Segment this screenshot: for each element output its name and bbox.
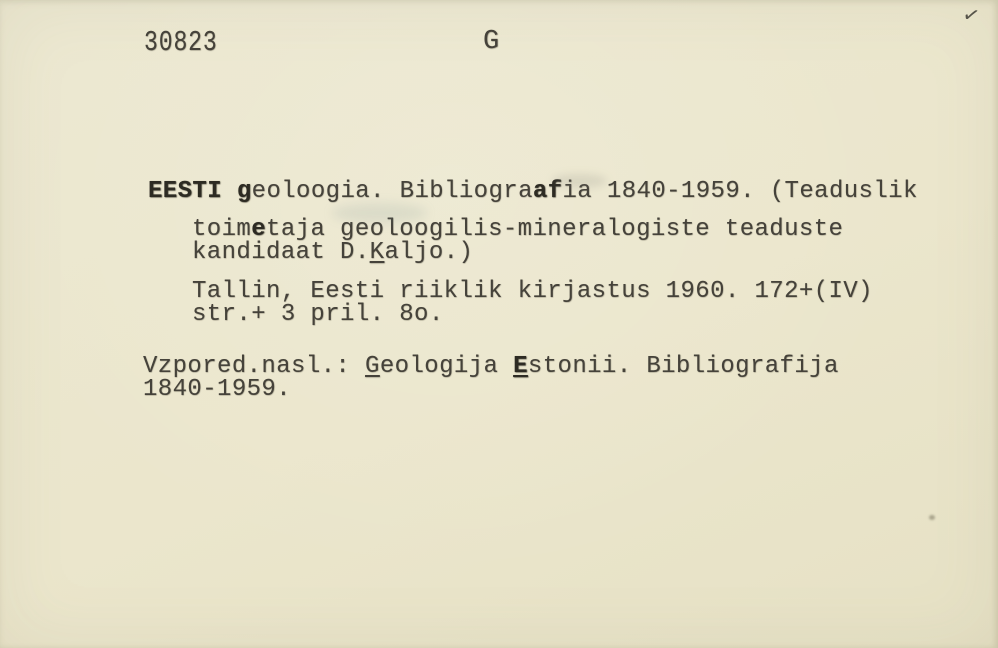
title-line-3: kandidaat D.Kaljo.) <box>143 241 973 264</box>
parallel-title-line-1: Vzpored.nasl.: Geologija Estonii. Biblio… <box>143 355 973 378</box>
text-segment: G <box>365 353 380 380</box>
catalog-number: 30823 <box>144 26 218 59</box>
text-segment: 1840-1959. <box>143 376 291 403</box>
text-segment: str.+ 3 pril. 8o. <box>192 301 444 328</box>
parallel-title-line-2: 1840-1959. <box>143 378 973 401</box>
section-letter: G <box>483 27 499 57</box>
imprint-line-1: Tallin, Eesti riiklik kirjastus 1960. 17… <box>143 280 973 303</box>
text-segment: eoloogia. Bibliogra <box>252 178 533 205</box>
text-segment: K <box>370 239 385 266</box>
text-segment: eologija <box>380 353 513 380</box>
text-segment: stonii. Bibliografija <box>528 353 839 380</box>
card-body: EESTI geoloogia. Bibliograafia 1840-1959… <box>143 180 973 401</box>
catalog-card: 30823 G ✓ EESTI geoloogia. Bibliograafia… <box>0 0 998 648</box>
imprint-line-2: str.+ 3 pril. 8o. <box>143 303 973 326</box>
ink-smudge <box>332 203 427 223</box>
paper-speck <box>929 515 935 520</box>
text-segment: EESTI <box>148 178 237 205</box>
text-segment: kandidaat D. <box>192 239 370 266</box>
checkmark-icon: ✓ <box>961 1 981 31</box>
text-segment: g <box>237 178 252 205</box>
text-segment: E <box>513 353 528 380</box>
text-segment: 1840-1959. (Teaduslik <box>607 178 918 205</box>
title-line-2: toimetaja geoloogilis-mineralogiste tead… <box>143 218 973 241</box>
text-segment: aljo.) <box>384 239 473 266</box>
ink-smudge <box>552 174 607 188</box>
